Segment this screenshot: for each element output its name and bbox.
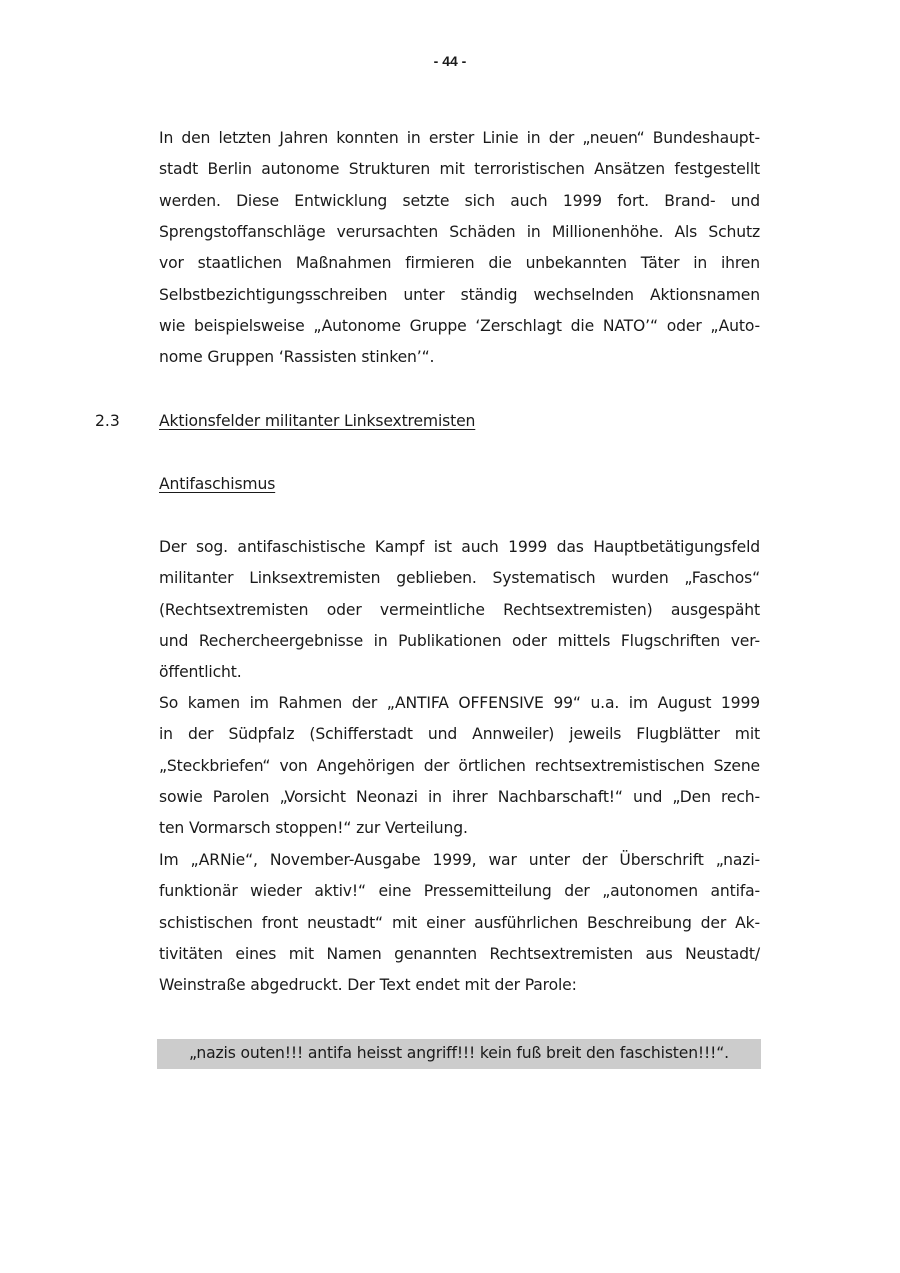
text-line: Selbstbezichtigungsschreiben unter ständ…	[159, 285, 760, 305]
text-line: werden. Diese Entwicklung setzte sich au…	[159, 191, 760, 211]
text-line: Sprengstoffanschläge verursachten Schäde…	[159, 222, 760, 242]
text-line: So kamen im Rahmen der „ANTIFA OFFENSIVE…	[159, 693, 760, 713]
text-line: vor staatlichen Maßnahmen firmieren die …	[159, 253, 760, 273]
quote-box: „nazis outen!!! antifa heisst angriff!!!…	[157, 1039, 761, 1069]
section-number: 2.3	[95, 411, 120, 431]
text-line: öffentlicht.	[159, 662, 760, 682]
text-line: In den letzten Jahren konnten in erster …	[159, 128, 760, 148]
text-line: militanter Linksextremisten geblieben. S…	[159, 568, 760, 588]
text-line: sowie Parolen „Vorsicht Neonazi in ihrer…	[159, 787, 760, 807]
text-line: in der Südpfalz (Schifferstadt und Annwe…	[159, 724, 760, 744]
text-line: nome Gruppen ‘Rassisten stinken’“.	[159, 347, 760, 367]
text-line: Der sog. antifaschistische Kampf ist auc…	[159, 537, 760, 557]
text-line: funktionär wieder aktiv!“ eine Pressemit…	[159, 881, 760, 901]
text-line: ten Vormarsch stoppen!“ zur Verteilung.	[159, 818, 760, 838]
page-number: - 44 -	[0, 53, 900, 69]
text-line: wie beispielsweise „Autonome Gruppe ‘Zer…	[159, 316, 760, 336]
text-line: (Rechtsextremisten oder vermeintliche Re…	[159, 600, 760, 620]
section-title: Aktionsfelder militanter Linksextremiste…	[159, 411, 475, 431]
text-line: und Rechercheergebnisse in Publikationen…	[159, 631, 760, 651]
text-line: Weinstraße abgedruckt. Der Text endet mi…	[159, 975, 760, 995]
quote-text: „nazis outen!!! antifa heisst angriff!!!…	[157, 1043, 761, 1063]
subheading: Antifaschismus	[159, 474, 275, 494]
text-line: Im „ARNie“, November-Ausgabe 1999, war u…	[159, 850, 760, 870]
text-line: „Steckbriefen“ von Angehörigen der örtli…	[159, 756, 760, 776]
text-line: stadt Berlin autonome Strukturen mit ter…	[159, 159, 760, 179]
text-line: schistischen front neustadt“ mit einer a…	[159, 913, 760, 933]
text-line: tivitäten eines mit Namen genannten Rech…	[159, 944, 760, 964]
